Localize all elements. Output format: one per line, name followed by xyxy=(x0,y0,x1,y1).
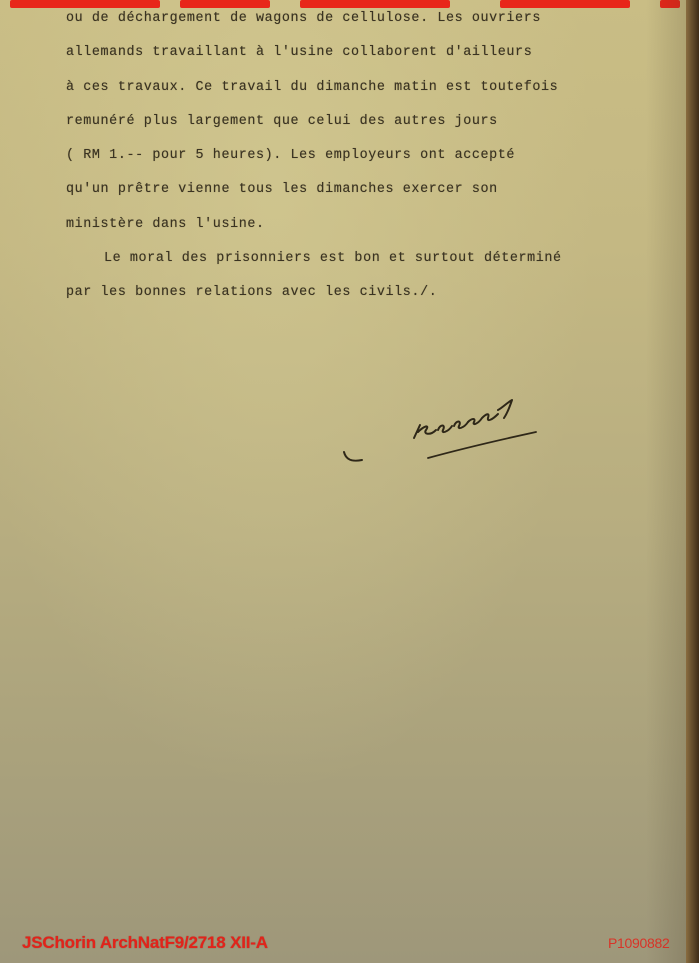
typewritten-body: ou de déchargement de wagons de cellulos… xyxy=(66,10,666,319)
handwritten-signature-icon xyxy=(340,390,560,470)
binding-spine xyxy=(686,0,699,963)
text-line: remunéré plus largement que celui des au… xyxy=(66,113,666,147)
text-line: ministère dans l'usine. xyxy=(66,216,666,250)
text-line: ou de déchargement de wagons de cellulos… xyxy=(66,10,666,44)
document-page: ou de déchargement de wagons de cellulos… xyxy=(0,0,686,963)
text-line-paragraph-start: Le moral des prisonniers est bon et surt… xyxy=(66,250,666,284)
text-line: allemands travaillant à l'usine collabor… xyxy=(66,44,666,78)
text-line: qu'un prêtre vienne tous les dimanches e… xyxy=(66,181,666,215)
archive-reference-label: JSChorin ArchNatF9/2718 XII-A xyxy=(22,933,268,953)
photo-number-label: P1090882 xyxy=(608,935,669,951)
text-line: ( RM 1.-- pour 5 heures). Les employeurs… xyxy=(66,147,666,181)
text-line: par les bonnes relations avec les civils… xyxy=(66,284,666,318)
text-line: à ces travaux. Ce travail du dimanche ma… xyxy=(66,79,666,113)
